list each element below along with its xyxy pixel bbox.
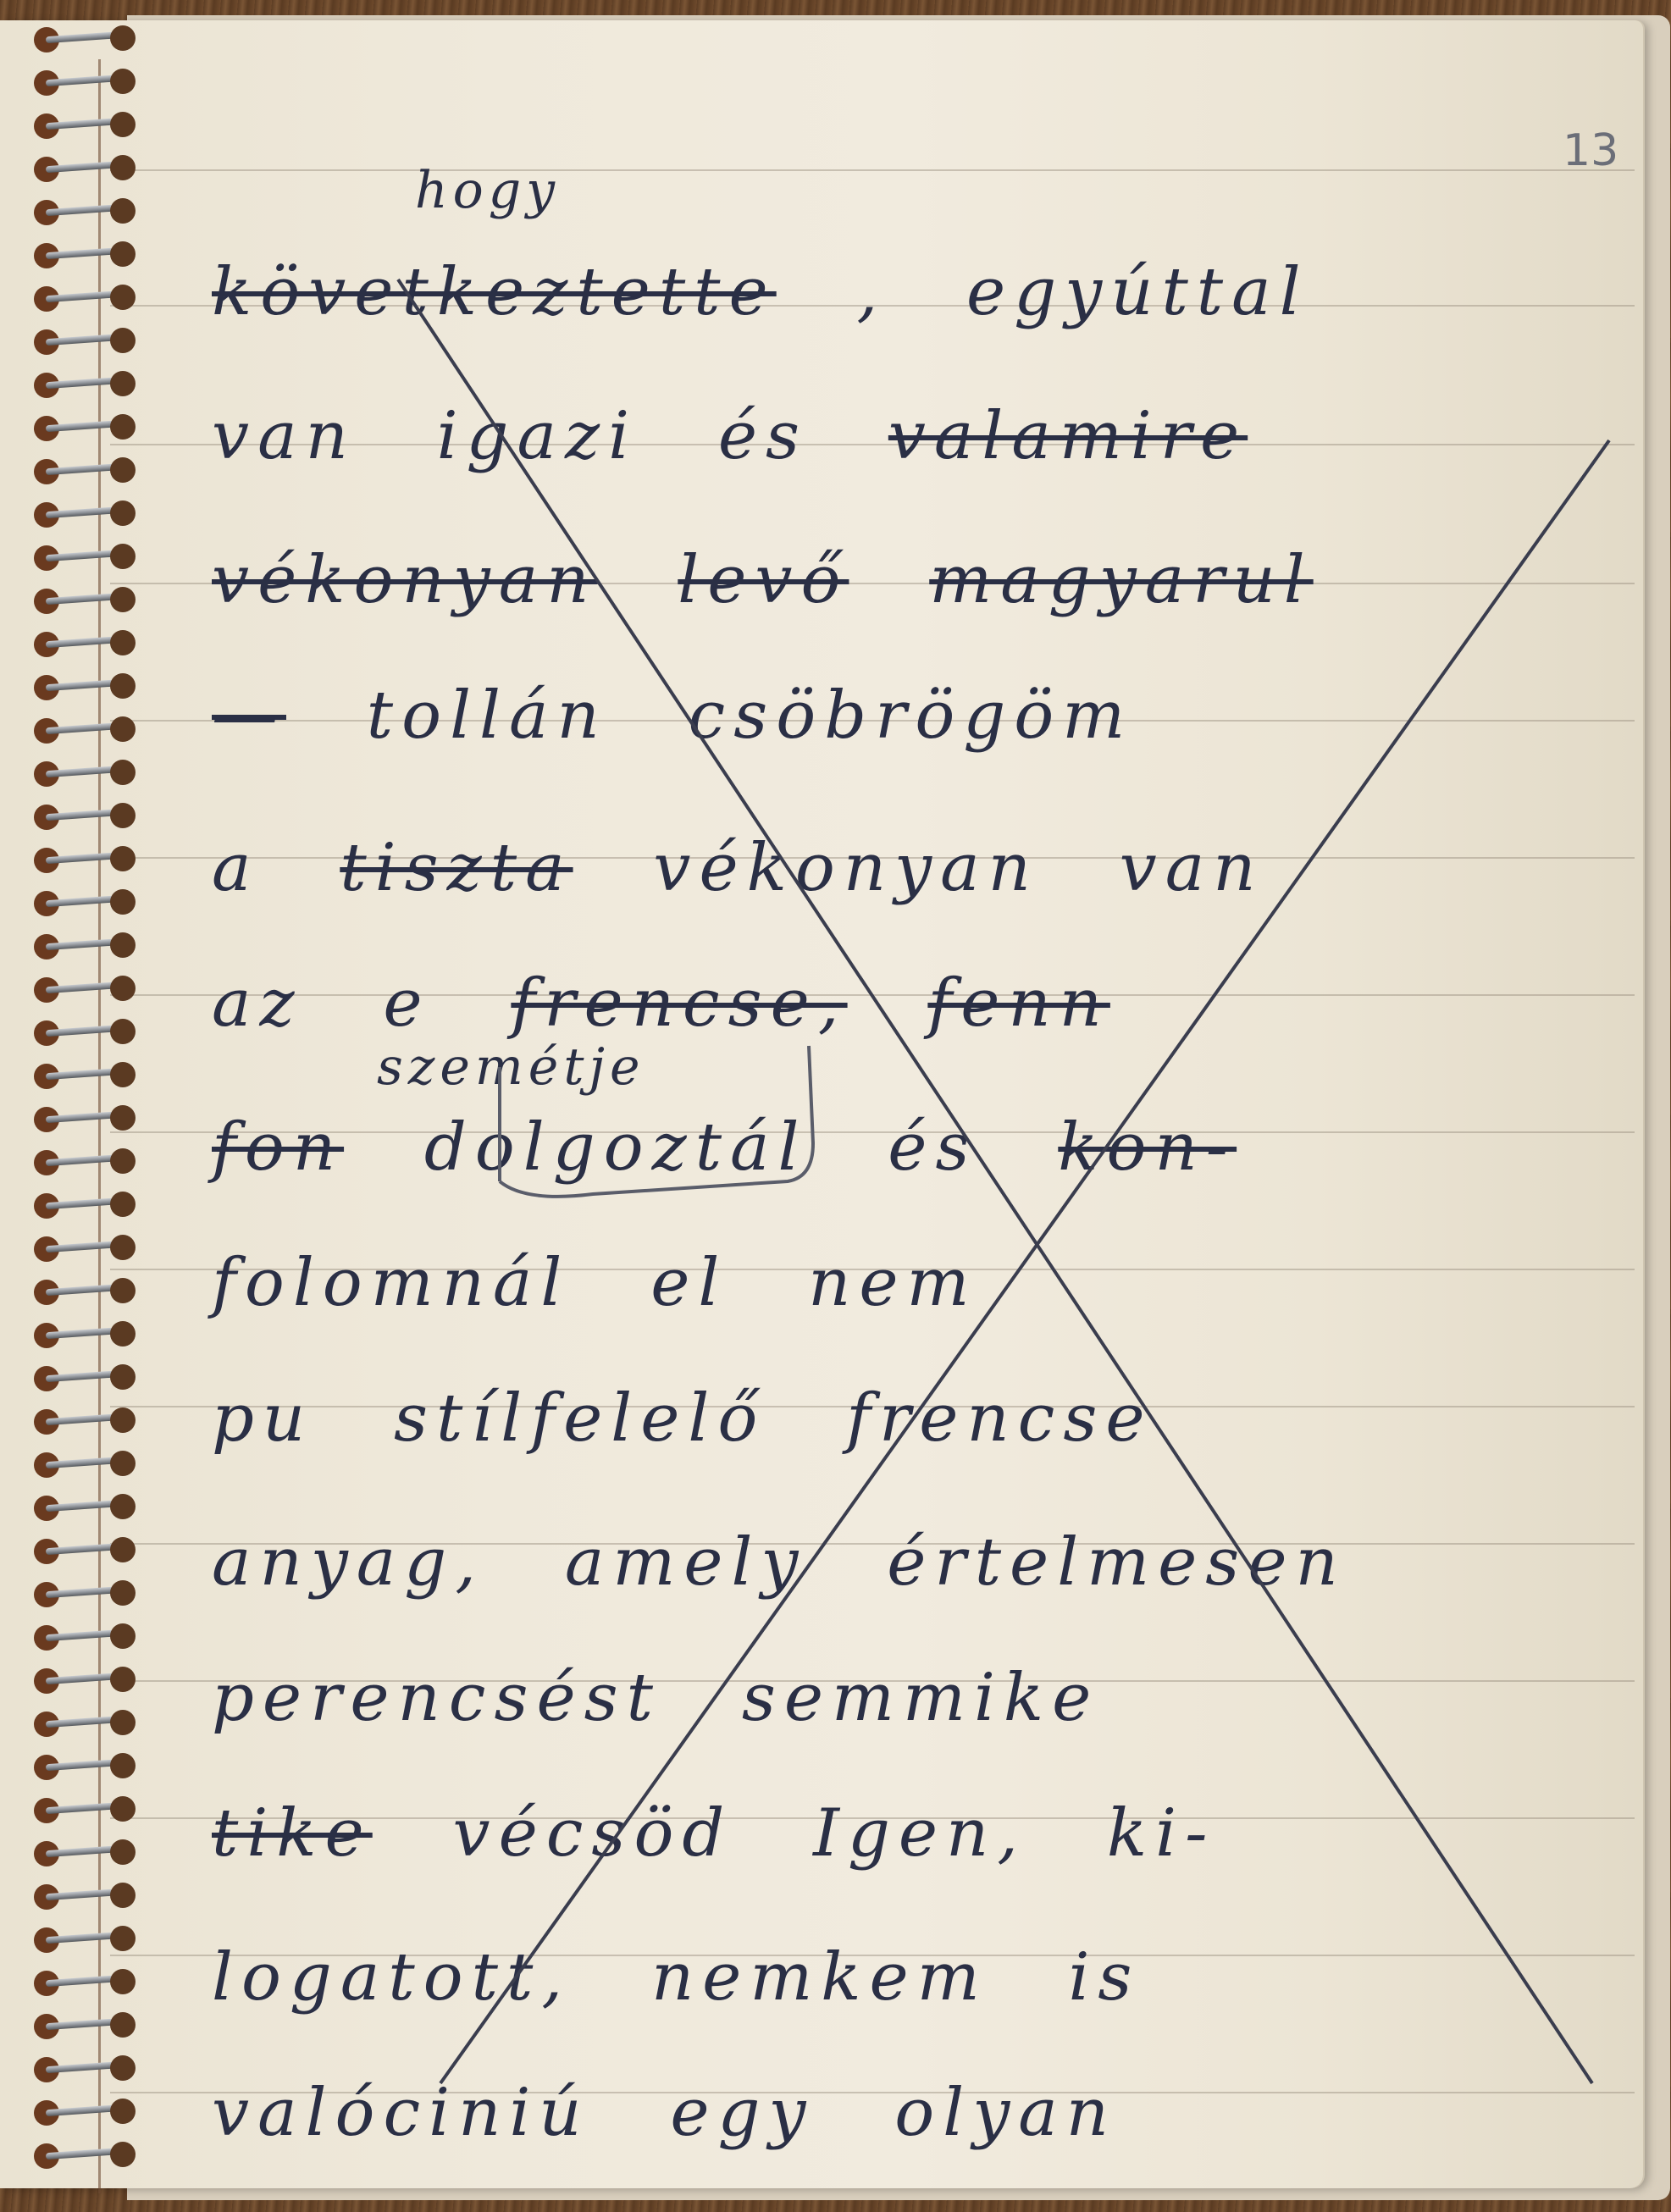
word: magyarul	[929, 542, 1313, 618]
manuscript-line-13: logatott, nemkem is	[212, 1939, 1620, 2016]
word: valóciniú	[212, 2075, 590, 2151]
spiral-coil	[34, 1192, 136, 1220]
word: Igen,	[813, 1795, 1026, 1872]
spiral-coil	[34, 2142, 136, 2171]
spiral-coil	[34, 500, 136, 529]
word: fenn	[927, 965, 1110, 1042]
spiral-coil	[34, 803, 136, 832]
word: amely	[565, 1524, 807, 1601]
spiral-coil	[34, 587, 136, 616]
word: , egyúttal	[856, 254, 1309, 330]
manuscript-line-9: pu stílfelelő frencse	[212, 1380, 1620, 1457]
spiral-coil	[34, 25, 136, 54]
spiral-coil	[34, 1451, 136, 1479]
word: dolgoztál	[424, 1109, 808, 1186]
spiral-coil	[34, 457, 136, 486]
spiral-coil	[34, 1969, 136, 1998]
word: fon	[212, 1109, 344, 1186]
spiral-coil	[34, 1753, 136, 1782]
spiral-coil	[34, 1667, 136, 1695]
spiral-coil	[34, 1148, 136, 1177]
word: semmike	[742, 1660, 1100, 1736]
spiral-coil	[34, 69, 136, 97]
spiral-coil	[34, 2099, 136, 2127]
spiral-coil	[34, 241, 136, 270]
word: logatott,	[212, 1939, 571, 2016]
word: nemkem	[651, 1939, 988, 2016]
word: tike	[212, 1795, 373, 1872]
manuscript-line-6: az e frencse, fenn	[212, 965, 1620, 1042]
word: valamire	[888, 398, 1248, 474]
spiral-coil	[34, 328, 136, 357]
word: a	[212, 830, 260, 906]
word: igazi	[437, 398, 638, 474]
spiral-coil	[34, 198, 136, 227]
word: e	[383, 965, 430, 1042]
spiral-coil	[34, 112, 136, 141]
word: anyag,	[212, 1524, 484, 1601]
spiral-coil	[34, 1407, 136, 1436]
spiral-coil	[34, 285, 136, 313]
spiral-binding: (function(){ var col = document.currentS…	[25, 25, 136, 2193]
word: folomnál	[212, 1245, 570, 1321]
spiral-coil	[34, 1019, 136, 1048]
spiral-coil	[34, 1710, 136, 1739]
spiral-coil	[34, 544, 136, 572]
word: az	[212, 965, 303, 1042]
word: vékonyan	[653, 830, 1039, 906]
spiral-coil	[34, 155, 136, 184]
word: levő	[678, 542, 849, 618]
word: és	[888, 1109, 977, 1186]
spiral-coil	[34, 1278, 136, 1307]
spiral-coil	[34, 1062, 136, 1091]
spiral-coil	[34, 846, 136, 875]
word: perencsést	[212, 1660, 661, 1736]
word: —	[212, 677, 286, 754]
manuscript-line-10: anyag, amely értelmesen	[212, 1524, 1620, 1601]
word: tiszta	[340, 830, 573, 906]
manuscript-line-8: folomnál el nem	[212, 1245, 1620, 1321]
word: is	[1068, 1939, 1140, 2016]
spiral-coil	[34, 1926, 136, 1955]
spiral-coil	[34, 1796, 136, 1825]
word: csöbrögöm	[689, 677, 1134, 754]
manuscript-line-14: valóciniú egy olyan	[212, 2075, 1620, 2151]
word: pu	[212, 1380, 313, 1457]
word: ki-	[1107, 1795, 1216, 1872]
page-number: 13	[1563, 125, 1618, 176]
word: olyan	[894, 2075, 1117, 2151]
spiral-coil	[34, 760, 136, 788]
manuscript-line-3: vékonyan levő magyarul	[212, 542, 1620, 618]
insertion-above-line-1: hogy	[415, 161, 560, 220]
spiral-coil	[34, 630, 136, 659]
word: van	[212, 398, 357, 474]
spiral-coil	[34, 976, 136, 1004]
spiral-coil	[34, 1537, 136, 1566]
spiral-coil	[34, 1623, 136, 1652]
word: stílfelelő	[394, 1380, 766, 1457]
word: egy	[670, 2075, 814, 2151]
manuscript-line-2: van igazi és valamire	[212, 398, 1620, 474]
spiral-coil	[34, 414, 136, 443]
manuscript-line-5: a tiszta vékonyan van	[212, 830, 1620, 906]
spiral-coil	[34, 932, 136, 961]
spiral-coil	[34, 1321, 136, 1350]
word: és	[718, 398, 808, 474]
word: értelmesen	[887, 1524, 1346, 1601]
manuscript-line-1: következtette , egyúttal	[212, 254, 1620, 330]
manuscript-line-11: perencsést semmike	[212, 1660, 1620, 1736]
spiral-coil	[34, 2055, 136, 2084]
word: következtette	[212, 254, 777, 330]
spiral-coil	[34, 2012, 136, 2041]
word: kon-	[1058, 1109, 1237, 1186]
word: el	[650, 1245, 728, 1321]
spiral-coil	[34, 716, 136, 745]
manuscript-line-12: tike vécsöd Igen, ki-	[212, 1795, 1620, 1872]
word: nem	[808, 1245, 977, 1321]
spiral-coil	[34, 1580, 136, 1609]
spiral-coil	[34, 1235, 136, 1264]
word: tollán	[367, 677, 608, 754]
word: van	[1120, 830, 1264, 906]
spiral-coil	[34, 371, 136, 400]
spiral-coil	[34, 1839, 136, 1868]
ruled-line	[110, 169, 1635, 171]
word: vékonyan	[212, 542, 598, 618]
word: vécsöd	[453, 1795, 733, 1872]
spiral-coil	[34, 673, 136, 702]
spiral-coil	[34, 1105, 136, 1134]
spiral-coil	[34, 889, 136, 918]
spiral-coil	[34, 1494, 136, 1523]
insertion-above-line-6: szemétje	[377, 1037, 645, 1097]
spiral-coil	[34, 1883, 136, 1911]
word: frencse	[846, 1380, 1153, 1457]
spiral-coil	[34, 1364, 136, 1393]
word: frencse,	[511, 965, 847, 1042]
manuscript-line-4: — tollán csöbrögöm	[212, 677, 1620, 754]
manuscript-line-7: fon dolgoztál és kon-	[212, 1109, 1620, 1186]
